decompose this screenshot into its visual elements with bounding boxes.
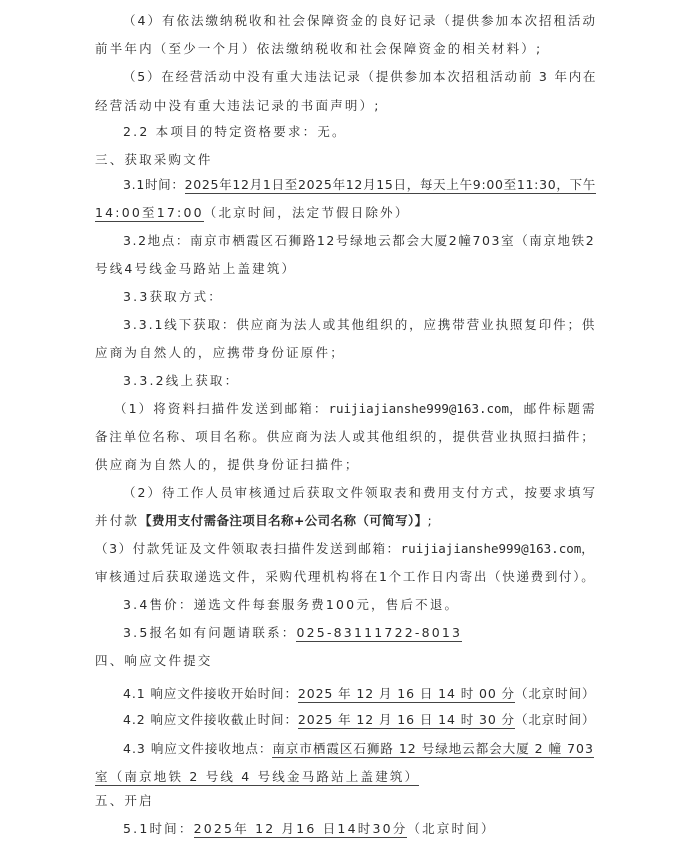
document-line: 备注单位名称、项目名称。供应商为法人或其他组织的，提供营业执照扫描件； bbox=[95, 429, 596, 445]
underlined-value: 南京市栖霞区石狮路 12 号绿地云都会大厦 2 幢 703 bbox=[272, 741, 594, 758]
line-text: 前半年内（至少一个月）依法缴纳税收和社会保障资金的相关材料）; bbox=[95, 41, 542, 56]
line-text: 经营活动中没有重大违法记录的书面声明）; bbox=[95, 98, 381, 113]
line-prefix: 4.2 响应文件接收截止时间： bbox=[123, 712, 298, 727]
document-line: 三、获取采购文件 bbox=[95, 152, 213, 168]
line-text: 审核通过后获取递选文件，采购代理机构将在1个工作日内寄出（快递费到付）。 bbox=[95, 569, 595, 584]
line-text: 3.3.1线下获取：供应商为法人或其他组织的，应携带营业执照复印件；供 bbox=[123, 317, 596, 332]
email-address: ruijiajianshe999@163.com bbox=[328, 401, 509, 416]
underlined-value: 2025 年 12 月 16 日 14 时 30 分 bbox=[298, 712, 515, 729]
line-text: 3.4售价：递选文件每套服务费100元，售后不退。 bbox=[123, 597, 459, 612]
document-line: 供应商为自然人的，提供身份证扫描件； bbox=[95, 457, 360, 473]
document-line: 5.1时间：2025年 12 月16 日14时30分（北京时间） bbox=[123, 821, 496, 837]
line-suffix: ，邮件标题需 bbox=[509, 401, 597, 416]
line-prefix: （1）将资料扫描件发送到邮箱： bbox=[114, 401, 328, 416]
line-text: （4）有依法缴纳税收和社会保障资金的良好记录（提供参加本次招租活动 bbox=[123, 13, 597, 28]
document-line: 3.3.1线下获取：供应商为法人或其他组织的，应携带营业执照复印件；供 bbox=[123, 317, 596, 333]
line-prefix: （3）付款凭证及文件领取表扫描件发送到邮箱： bbox=[95, 541, 401, 556]
underlined-value: 2025年12月1日至2025年12月15日，每天上午9:00至11:30，下午 bbox=[185, 177, 596, 194]
line-suffix: （北京时间） bbox=[515, 686, 595, 701]
document-line: 审核通过后获取递选文件，采购代理机构将在1个工作日内寄出（快递费到付）。 bbox=[95, 569, 595, 585]
document-line: 号线4号线金马路站上盖建筑） bbox=[95, 261, 296, 277]
document-line: 应商为自然人的，应携带身份证原件； bbox=[95, 345, 345, 361]
line-suffix: ， bbox=[581, 541, 595, 556]
line-text: 3.3获取方式： bbox=[123, 289, 223, 304]
document-line: 14:00至17:00（北京时间，法定节假日除外） bbox=[95, 205, 410, 221]
document-line: 4.3 响应文件接收地点：南京市栖霞区石狮路 12 号绿地云都会大厦 2 幢 7… bbox=[123, 741, 594, 757]
document-line: 3.3.2线上获取： bbox=[123, 373, 239, 389]
line-prefix: 4.3 响应文件接收地点： bbox=[123, 741, 272, 756]
line-prefix: 3.1时间： bbox=[123, 177, 185, 192]
email-address: ruijiajianshe999@163.com bbox=[401, 541, 582, 556]
document-line: 3.5报名如有问题请联系：025-83111722-8013 bbox=[123, 625, 462, 641]
document-line: （1）将资料扫描件发送到邮箱：ruijiajianshe999@163.com，… bbox=[114, 401, 597, 417]
document-line: 3.3获取方式： bbox=[123, 289, 223, 305]
line-suffix: （北京时间） bbox=[515, 712, 595, 727]
line-text: 四、响应文件提交 bbox=[95, 653, 213, 668]
line-prefix: 4.1 响应文件接收开始时间： bbox=[123, 686, 298, 701]
document-line: （3）付款凭证及文件领取表扫描件发送到邮箱：ruijiajianshe999@1… bbox=[95, 541, 595, 557]
underlined-value: 2025 年 12 月 16 日 14 时 00 分 bbox=[298, 686, 515, 703]
document-line: 经营活动中没有重大违法记录的书面声明）; bbox=[95, 98, 381, 114]
document-line: 3.4售价：递选文件每套服务费100元，售后不退。 bbox=[123, 597, 459, 613]
line-text: （5）在经营活动中没有重大违法记录（提供参加本次招租活动前 3 年内在 bbox=[123, 69, 597, 84]
document-line: 3.2地点：南京市栖霞区石狮路12号绿地云都会大厦2幢703室（南京地铁2 bbox=[123, 233, 595, 249]
document-line: 五、开启 bbox=[95, 793, 154, 809]
line-prefix: 3.5报名如有问题请联系： bbox=[123, 625, 296, 640]
line-text: 三、获取采购文件 bbox=[95, 152, 213, 167]
underlined-value: 025-83111722-8013 bbox=[296, 625, 462, 642]
line-prefix: 并付款 bbox=[95, 513, 139, 528]
line-text: 3.2地点：南京市栖霞区石狮路12号绿地云都会大厦2幢703室（南京地铁2 bbox=[123, 233, 595, 248]
document-line: 4.1 响应文件接收开始时间：2025 年 12 月 16 日 14 时 00 … bbox=[123, 686, 595, 702]
line-text: 3.3.2线上获取： bbox=[123, 373, 239, 388]
underlined-value: 室（南京地铁 2 号线 4 号线金马路站上盖建筑） bbox=[95, 769, 419, 786]
document-line: （5）在经营活动中没有重大违法记录（提供参加本次招租活动前 3 年内在 bbox=[123, 69, 597, 85]
line-text: 应商为自然人的，应携带身份证原件； bbox=[95, 345, 345, 360]
line-text: 五、开启 bbox=[95, 793, 154, 808]
line-text: （2）待工作人员审核通过后获取文件领取表和费用支付方式，按要求填写 bbox=[123, 485, 597, 500]
document-line: 并付款【费用支付需备注项目名称+公司名称（可简写）】; bbox=[95, 513, 434, 529]
document-line: 4.2 响应文件接收截止时间：2025 年 12 月 16 日 14 时 30 … bbox=[123, 712, 595, 728]
line-text: 2.2 本项目的特定资格要求：无。 bbox=[123, 124, 347, 139]
bold-note: 【费用支付需备注项目名称+公司名称（可简写）】 bbox=[139, 513, 427, 528]
line-suffix: （北京时间） bbox=[407, 821, 495, 836]
document-line: （2）待工作人员审核通过后获取文件领取表和费用支付方式，按要求填写 bbox=[123, 485, 597, 501]
document-line: （4）有依法缴纳税收和社会保障资金的良好记录（提供参加本次招租活动 bbox=[123, 13, 597, 29]
line-suffix: ; bbox=[428, 513, 434, 528]
document-line: 四、响应文件提交 bbox=[95, 653, 213, 669]
line-text: 供应商为自然人的，提供身份证扫描件； bbox=[95, 457, 360, 472]
line-suffix: （北京时间，法定节假日除外） bbox=[204, 205, 410, 220]
document-line: 前半年内（至少一个月）依法缴纳税收和社会保障资金的相关材料）; bbox=[95, 41, 542, 57]
document-line: 室（南京地铁 2 号线 4 号线金马路站上盖建筑） bbox=[95, 769, 419, 785]
underlined-value: 2025年 12 月16 日14时30分 bbox=[194, 821, 408, 838]
line-text: 备注单位名称、项目名称。供应商为法人或其他组织的，提供营业执照扫描件； bbox=[95, 429, 596, 444]
document-line: 3.1时间：2025年12月1日至2025年12月15日，每天上午9:00至11… bbox=[123, 177, 596, 193]
line-prefix: 5.1时间： bbox=[123, 821, 194, 836]
underlined-value: 14:00至17:00 bbox=[95, 205, 204, 222]
document-line: 2.2 本项目的特定资格要求：无。 bbox=[123, 124, 347, 140]
line-text: 号线4号线金马路站上盖建筑） bbox=[95, 261, 296, 276]
